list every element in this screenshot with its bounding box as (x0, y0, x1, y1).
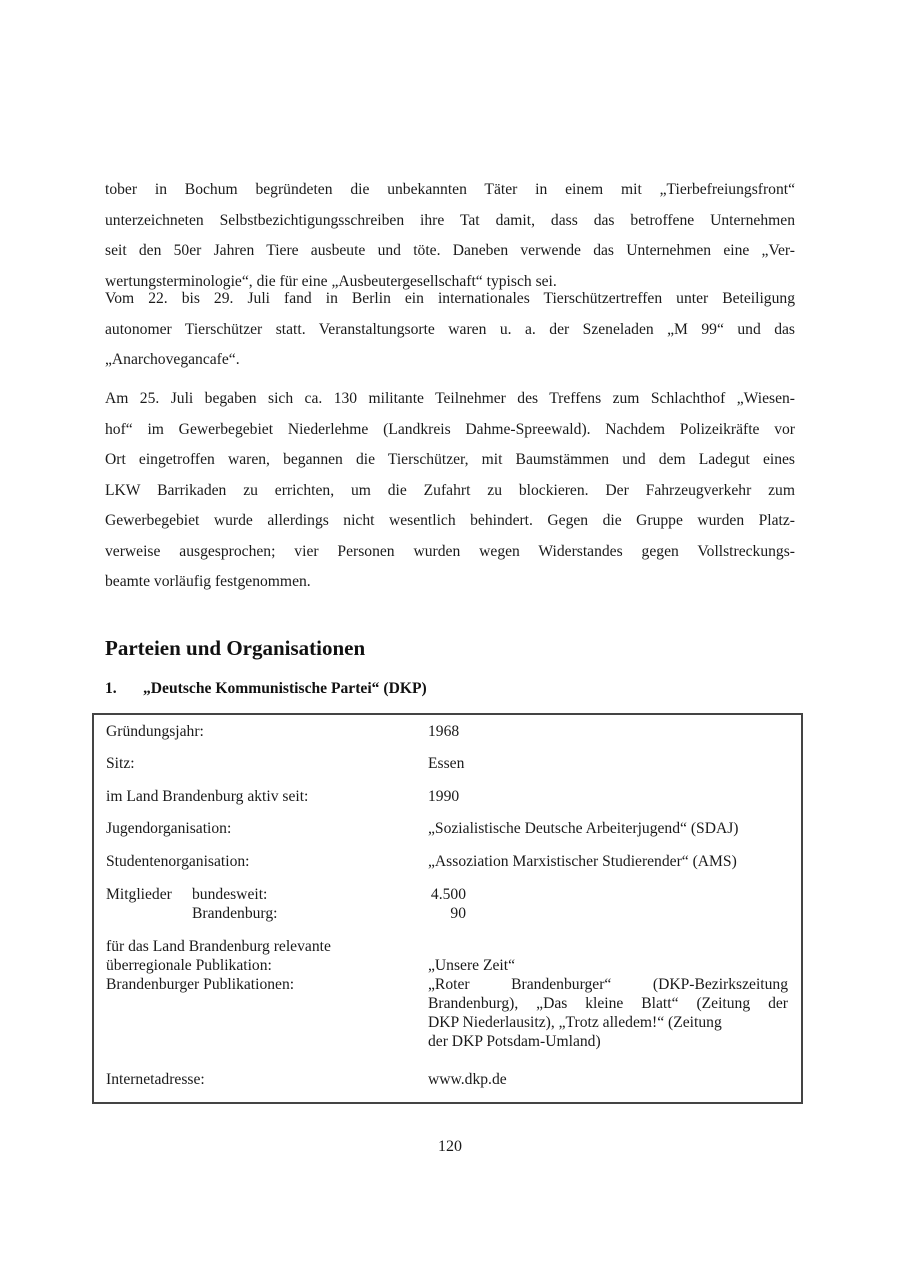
youth-org-label: Jugendorganisation: (106, 819, 231, 838)
student-org-value: „Assoziation Marxistischer Studierender“… (428, 852, 788, 871)
active-since-label: im Land Brandenburg aktiv seit: (106, 787, 308, 806)
seat-label: Sitz: (106, 754, 135, 773)
section-heading: Parteien und Organisationen (105, 636, 365, 661)
paragraph-berlin-meeting: Vom 22. bis 29. Juli fand in Berlin ein … (105, 284, 795, 376)
founding-year-label: Gründungsjahr: (106, 722, 204, 741)
members-brandenburg-number: 90 (428, 904, 466, 923)
members-nationwide-number: 4.500 (428, 885, 466, 904)
founding-year-value: 1968 (428, 722, 788, 741)
publications-brandenburg-value: „Roter Brandenburger“ (DKP-Bezirkszeitun… (428, 975, 788, 1051)
text-line: Ort eingetroffen waren, begannen die Tie… (105, 445, 795, 476)
text-line: Gewerbegebiet wurde allerdings nicht wes… (105, 506, 795, 537)
members-brandenburg-value: 90 (428, 904, 788, 923)
members-nationwide-value: 4.500 (428, 885, 788, 904)
members-brandenburg-label: Brandenburg: (192, 904, 277, 923)
document-page: tober in Bochum begründeten die unbekann… (0, 0, 900, 1274)
text-line: tober in Bochum begründeten die unbekann… (105, 175, 795, 206)
publications-label-line1: für das Land Brandenburg relevante (106, 937, 331, 956)
text-line: hof“ im Gewerbegebiet Niederlehme (Landk… (105, 415, 795, 446)
text-line: unterzeichneten Selbstbezichtigungsschre… (105, 206, 795, 237)
party-info-table: Gründungsjahr: 1968 Sitz: Essen im Land … (92, 713, 803, 1104)
sub-heading: 1.„Deutsche Kommunistische Partei“ (DKP) (105, 680, 427, 698)
text-line: beamte vorläufig festgenommen. (105, 567, 795, 598)
youth-org-value: „Sozialistische Deutsche Arbeiterjugend“… (428, 819, 788, 838)
website-value: www.dkp.de (428, 1070, 788, 1089)
text-line: Vom 22. bis 29. Juli fand in Berlin ein … (105, 284, 795, 315)
publications-label-line2: überregionale Publikation: (106, 956, 272, 975)
paragraph-animal-liberation-claim: tober in Bochum begründeten die unbekann… (105, 175, 795, 297)
text-line: „Anarchovegancafe“. (105, 345, 795, 376)
active-since-value: 1990 (428, 787, 788, 806)
text-line: LKW Barrikaden zu errichten, um die Zufa… (105, 476, 795, 507)
text-line: seit den 50er Jahren Tiere ausbeute und … (105, 236, 795, 267)
publication-line: DKP Niederlausitz), „Trotz alledem!“ (Ze… (428, 1013, 788, 1032)
sub-heading-number: 1. (105, 680, 143, 698)
members-nationwide-label: bundesweit: (192, 885, 267, 904)
page-number: 120 (0, 1138, 900, 1156)
text-line: verweise ausgesprochen; vier Personen wu… (105, 537, 795, 568)
seat-value: Essen (428, 754, 788, 773)
publications-label-line3: Brandenburger Publikationen: (106, 975, 294, 994)
publication-line: Brandenburg), „Das kleine Blatt“ (Zeitun… (428, 994, 788, 1013)
website-label: Internetadresse: (106, 1070, 205, 1089)
student-org-label: Studentenorganisation: (106, 852, 250, 871)
sub-heading-title: „Deutsche Kommunistische Partei“ (DKP) (143, 680, 427, 697)
publication-line: „Roter Brandenburger“ (DKP-Bezirkszeitun… (428, 975, 788, 994)
publication-line: der DKP Potsdam-Umland) (428, 1032, 788, 1051)
publications-supraregional-value: „Unsere Zeit“ (428, 956, 788, 975)
members-label: Mitglieder (106, 885, 172, 904)
text-line: Am 25. Juli begaben sich ca. 130 militan… (105, 384, 795, 415)
paragraph-slaughterhouse-action: Am 25. Juli begaben sich ca. 130 militan… (105, 384, 795, 598)
text-line: autonomer Tierschützer statt. Veranstalt… (105, 315, 795, 346)
